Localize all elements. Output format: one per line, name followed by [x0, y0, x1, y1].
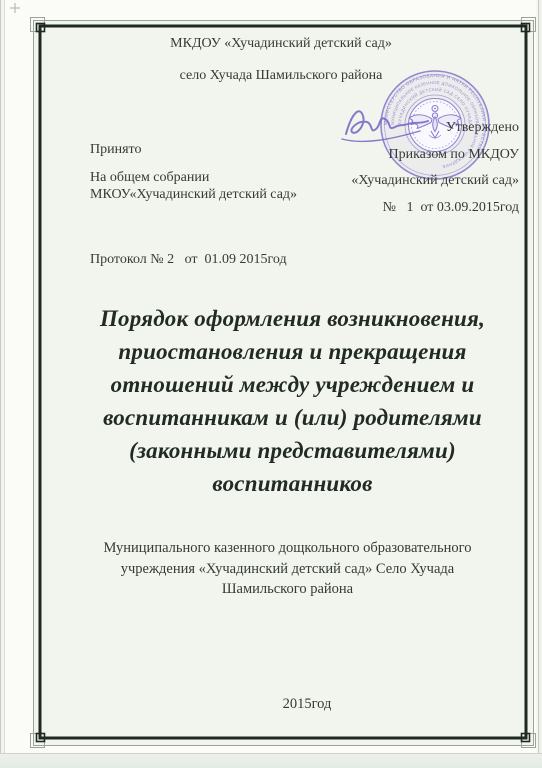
accepted-label: Принято	[90, 141, 297, 158]
organization-paragraph: Муниципального казенного дощкольного обр…	[45, 538, 530, 600]
title-line-5: (законными представителями)	[55, 434, 530, 467]
scan-speck	[10, 3, 20, 13]
title-line-4: воспитанникам и (или) родителями	[55, 401, 530, 434]
document-year: 2015год	[72, 696, 542, 713]
scan-edge-left	[0, 0, 10, 768]
accepted-org-line: МКОУ«Хучадинский детский сад»	[90, 186, 297, 203]
accepted-block: Принято На общем собрании МКОУ«Хучадинск…	[90, 141, 297, 203]
scan-edge-right	[536, 0, 542, 768]
protocol-line: Протокол № 2 от 01.09 2015год	[90, 251, 287, 268]
title-line-1: Порядок оформления возникновения,	[55, 302, 530, 335]
title-line-2: приостановления и прекращения	[55, 335, 530, 368]
approved-org-line: «Хучадинский детский сад»	[351, 168, 519, 195]
scan-edge-bottom	[0, 753, 542, 768]
approved-label: Утверждено	[351, 115, 519, 142]
document-title: Порядок оформления возникновения, приост…	[55, 302, 530, 500]
title-line-3: отношений между учреждением и	[55, 368, 530, 401]
header-org-location: село Хучада Шамильского района	[40, 68, 522, 84]
title-line-6: воспитанников	[55, 467, 530, 500]
accepted-meeting-line: На общем собрании	[90, 169, 297, 186]
approved-order-line: Приказом по МКДОУ	[351, 142, 519, 169]
approved-block: Утверждено Приказом по МКДОУ «Хучадински…	[351, 115, 519, 221]
organization-line-3: Шамильского района	[45, 579, 530, 600]
scanned-document-page: МКДОУ «Хучадинский детский сад» село Хуч…	[0, 0, 542, 768]
approved-number-date: № 1 от 03.09.2015год	[351, 195, 519, 222]
organization-line-1: Муниципального казенного дощкольного обр…	[45, 538, 530, 559]
organization-line-2: учреждения «Хучадинский детский сад» Сел…	[45, 559, 530, 580]
header-org-name: МКДОУ «Хучадинский детский сад»	[40, 36, 522, 52]
